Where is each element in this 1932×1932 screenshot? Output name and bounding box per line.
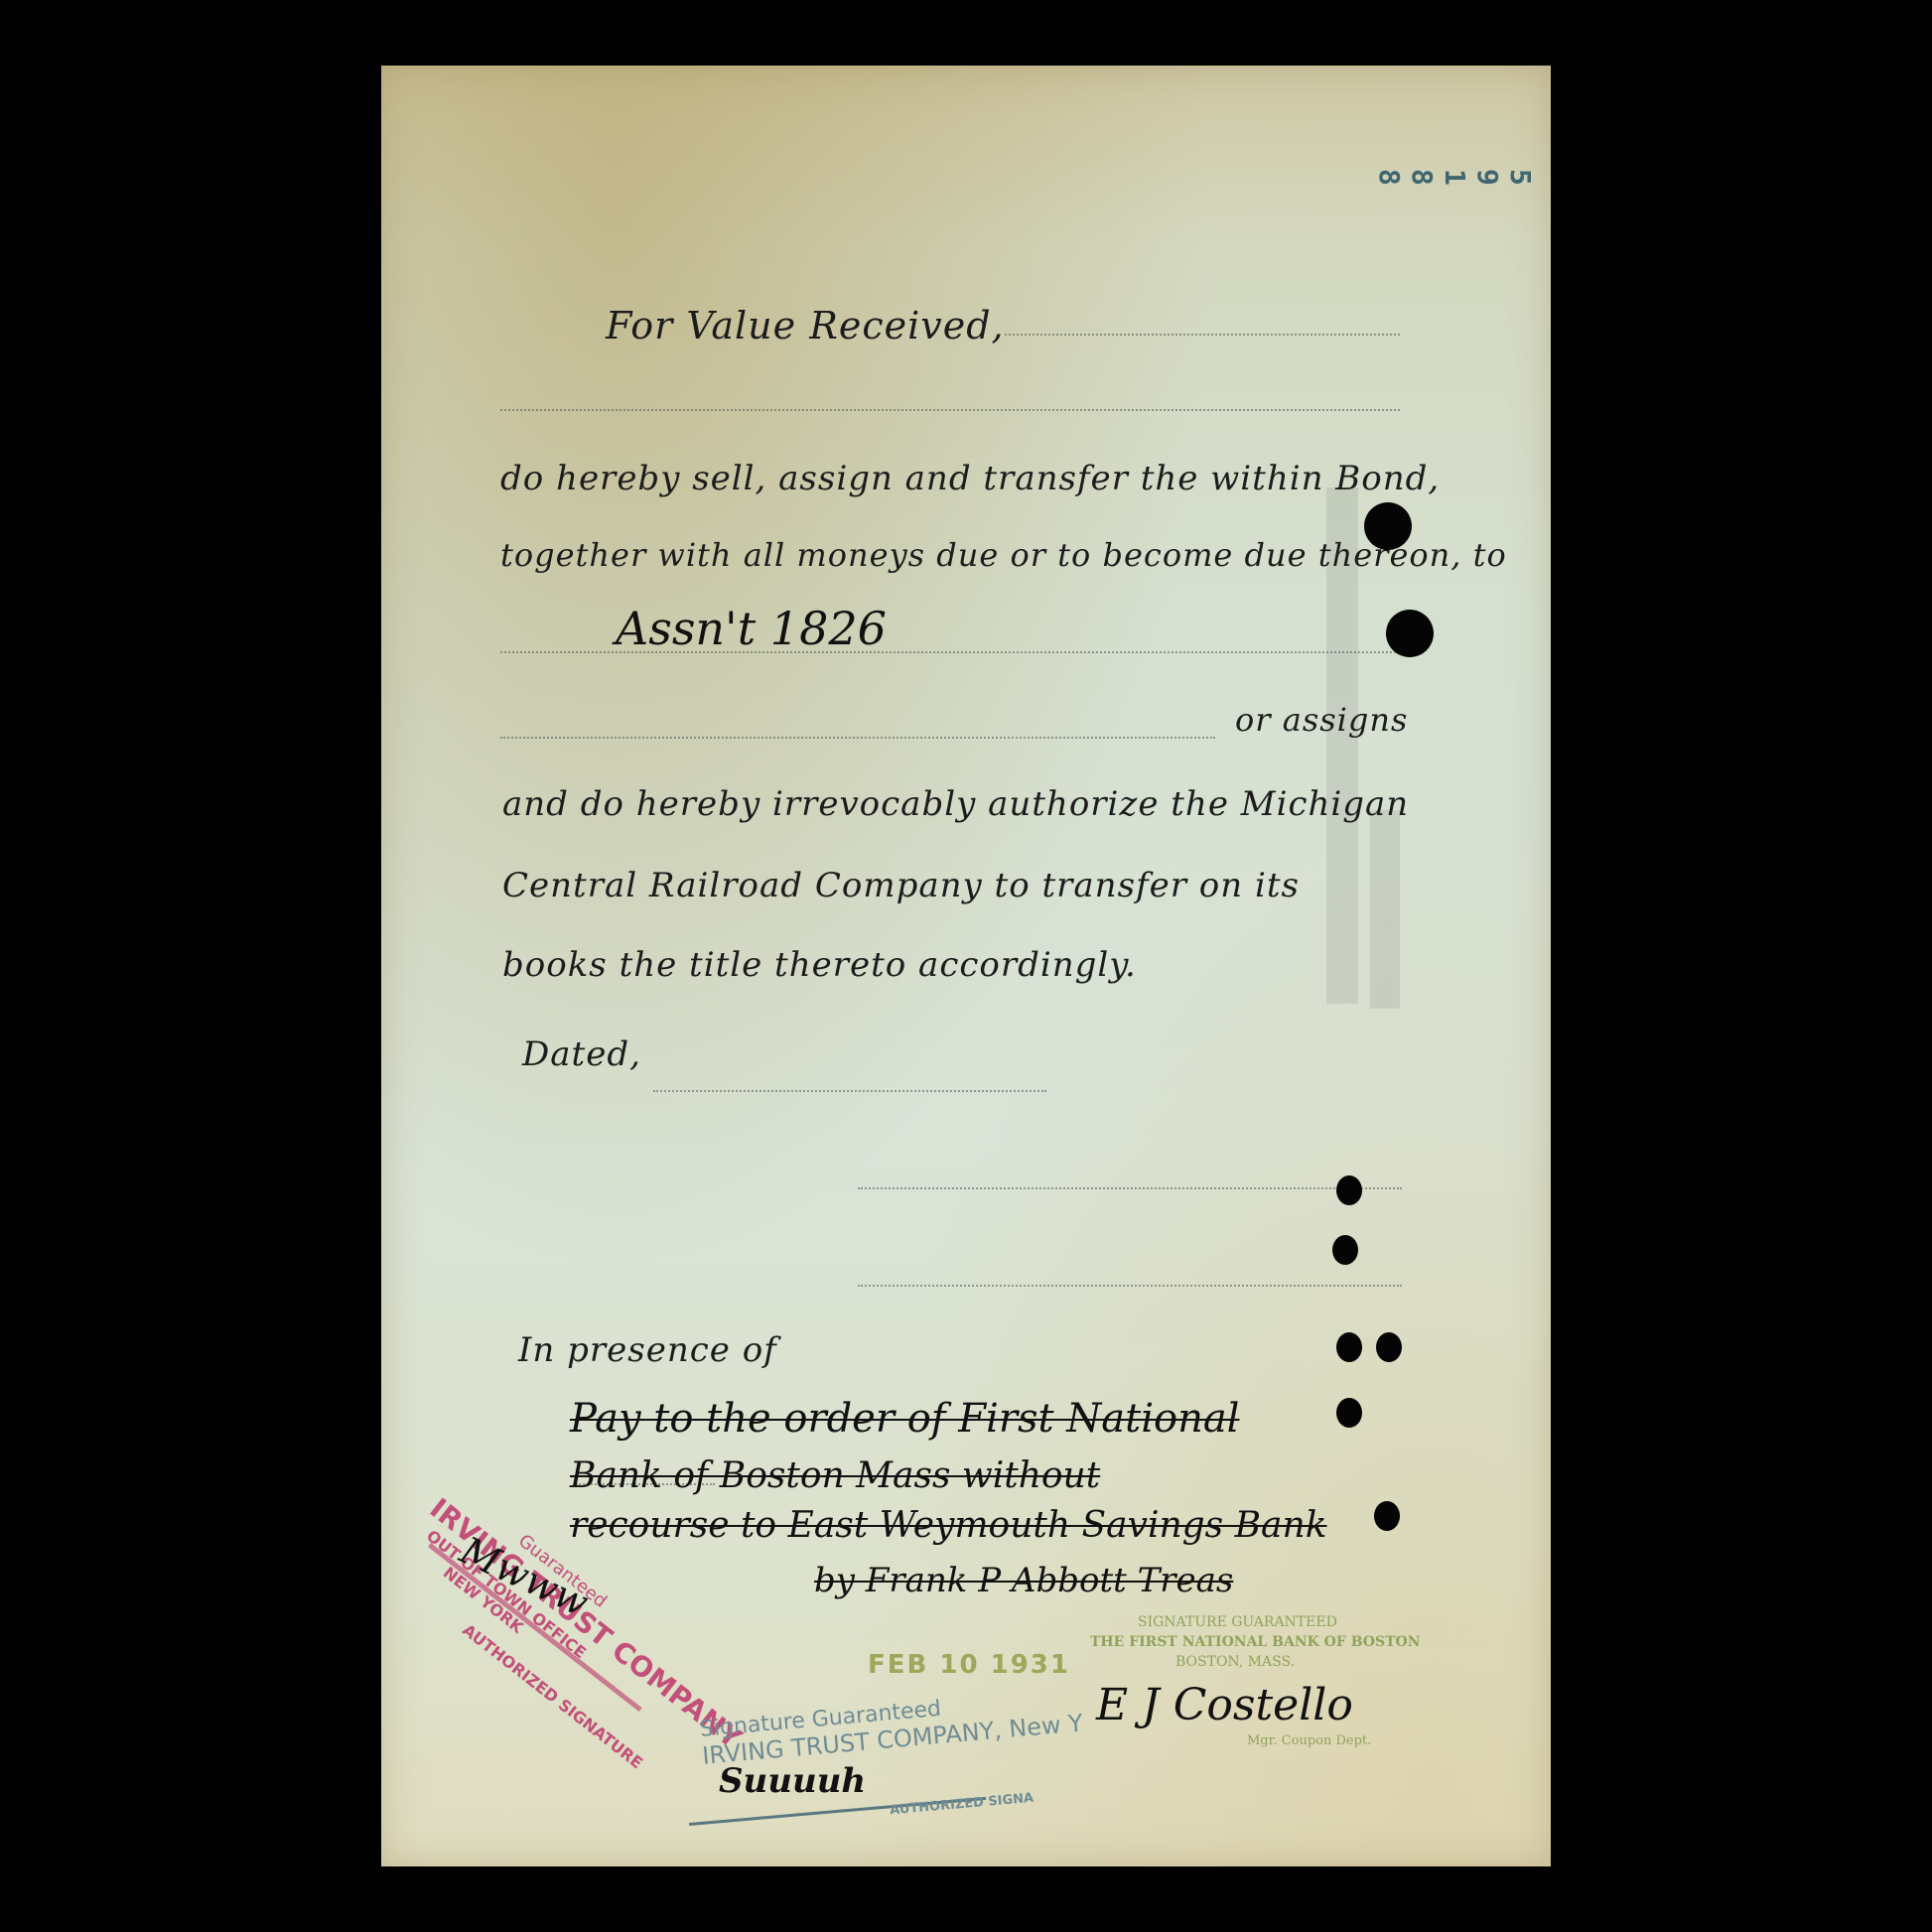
- punch-hole: [1332, 1235, 1358, 1265]
- fill-line: [500, 651, 1400, 653]
- punch-hole: [1336, 1175, 1362, 1205]
- body-line-2: together with all moneys due or to becom…: [500, 536, 1507, 574]
- or-assigns: or assigns: [1235, 701, 1408, 739]
- endorsement-line-4: by Frank P Abbott Treas: [814, 1561, 1233, 1600]
- assignee-handwritten[interactable]: Assn't 1826: [616, 602, 887, 655]
- serial-number: 5 9 1 8 8: [1373, 169, 1537, 192]
- fill-line: [500, 737, 1215, 739]
- bond-assignment-page: 5 9 1 8 8 For Value Received, do hereby …: [381, 66, 1551, 1866]
- shaded-strip: [1370, 810, 1400, 1009]
- mgr-coupon-dept: Mgr. Coupon Dept.: [1247, 1733, 1371, 1748]
- punch-hole: [1376, 1332, 1402, 1362]
- signature-line-1[interactable]: [858, 1187, 1402, 1189]
- dated-label: Dated,: [522, 1035, 641, 1074]
- authorized-signa-label: AUTHORIZED SIGNA: [890, 1791, 1035, 1819]
- signature-line-2[interactable]: [858, 1285, 1402, 1287]
- irving-signature-2: Suuuuh: [719, 1761, 866, 1801]
- first-national-line-2: THE FIRST NATIONAL BANK OF BOSTON: [1090, 1634, 1421, 1650]
- body-line-1: do hereby sell, assign and transfer the …: [500, 459, 1440, 498]
- endorsement-line-2: Bank of Boston Mass without: [570, 1455, 1100, 1496]
- first-national-line-1: SIGNATURE GUARANTEED: [1138, 1614, 1337, 1630]
- date-fill-line[interactable]: [653, 1090, 1046, 1092]
- irving-horizontal-stamp: Signature Guaranteed IRVING TRUST COMPAN…: [699, 1684, 1084, 1769]
- punch-hole: [1374, 1501, 1400, 1531]
- punch-hole: [1386, 610, 1434, 657]
- first-national-line-3: BOSTON, MASS.: [1175, 1654, 1295, 1670]
- in-presence-of-label: In presence of: [518, 1330, 777, 1370]
- heading-for-value-received: For Value Received,: [606, 304, 1005, 347]
- body-line-6: books the title thereto accordingly.: [502, 945, 1137, 985]
- endorsement-line-1: Pay to the order of First National: [570, 1396, 1239, 1442]
- punch-hole: [1336, 1332, 1362, 1362]
- fill-line: [500, 409, 1400, 411]
- endorsement-line-3: recourse to East Weymouth Savings Bank: [570, 1505, 1327, 1546]
- body-line-4: and do hereby irrevocably authorize the …: [502, 784, 1409, 824]
- boston-signature: E J Costello: [1096, 1680, 1353, 1730]
- punch-hole: [1364, 502, 1412, 550]
- punch-hole: [1336, 1398, 1362, 1428]
- fill-line: [1005, 334, 1400, 336]
- date-stamp: FEB 10 1931: [868, 1650, 1070, 1680]
- body-line-5: Central Railroad Company to transfer on …: [502, 866, 1300, 905]
